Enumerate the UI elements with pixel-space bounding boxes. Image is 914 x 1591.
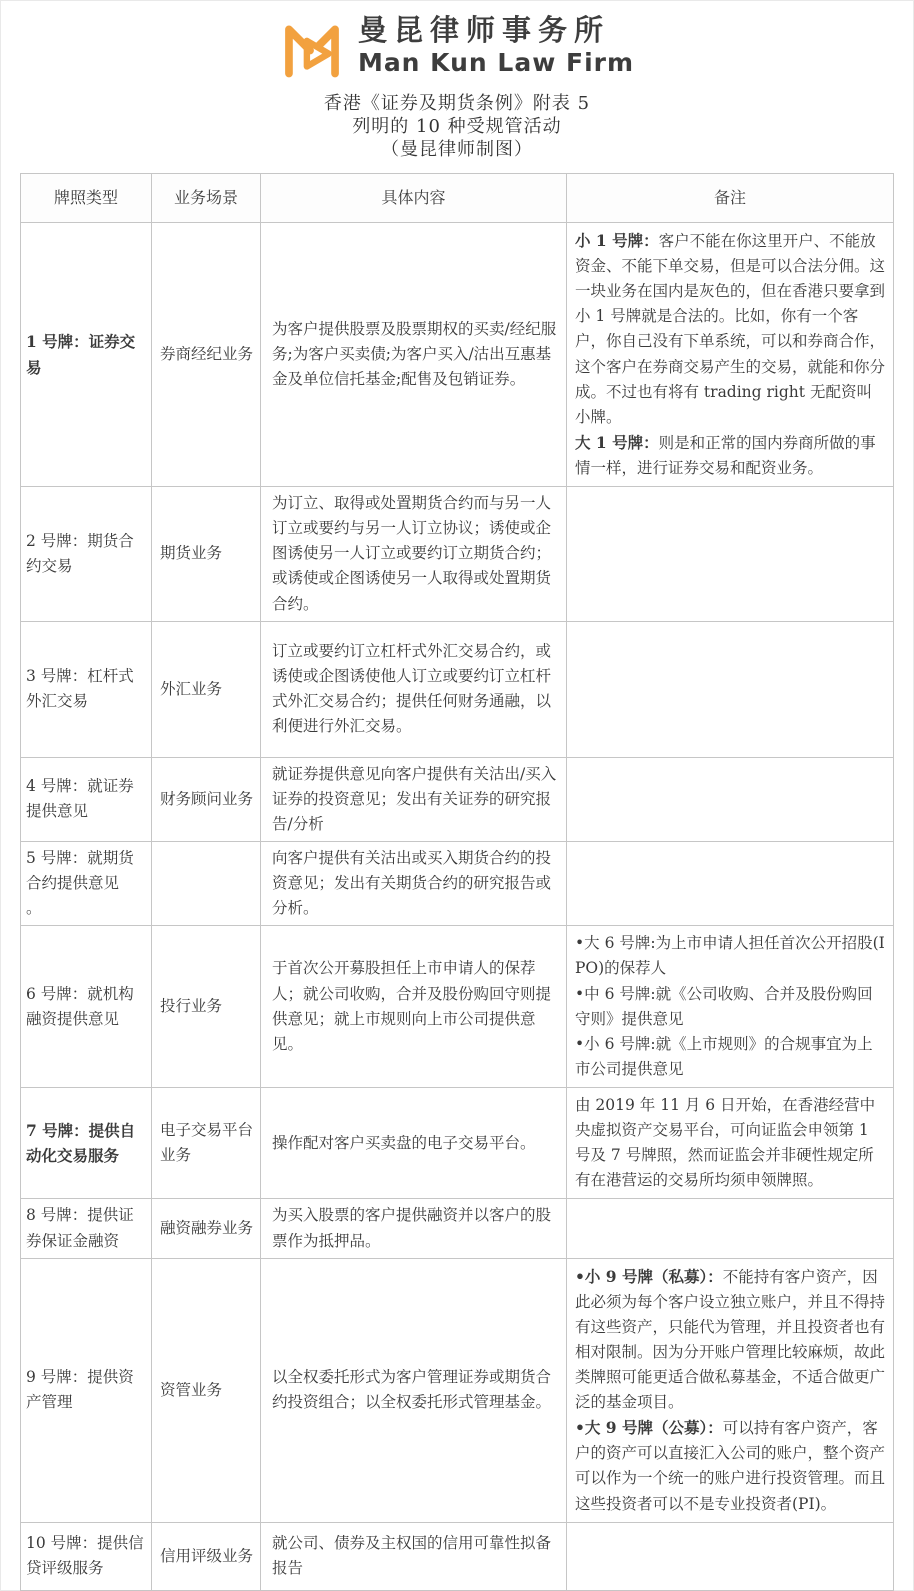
remark-cell <box>567 487 894 622</box>
scene-cell <box>152 841 261 925</box>
remark-cell <box>567 757 894 841</box>
license-cell: 1 号牌：证券交易 <box>21 223 152 487</box>
remark-cell <box>567 621 894 757</box>
content-cell: 为买入股票的客户提供融资并以客户的股票作为抵押品。 <box>261 1199 567 1258</box>
table-row-1: 1 号牌：证券交易券商经纪业务为客户提供股票及股票期权的买卖/经纪服务;为客户买… <box>21 223 894 487</box>
content-cell: 就证券提供意见向客户提供有关沽出/买入证券的投资意见；发出有关证券的研究报告/分… <box>261 757 567 841</box>
scene-cell: 电子交易平台业务 <box>152 1087 261 1198</box>
scene-cell: 财务顾问业务 <box>152 757 261 841</box>
table-row-4: 4 号牌：就证券提供意见财务顾问业务就证券提供意见向客户提供有关沽出/买入证券的… <box>21 757 894 841</box>
license-cell: 2 号牌：期货合约交易 <box>21 487 152 622</box>
column-header-4: 备注 <box>567 174 894 223</box>
remark-lead: 小 1 号牌： <box>575 231 659 250</box>
table-row-9: 9 号牌：提供资产管理资管业务以全权委托形式为客户管理证券或期货合约投资组合；以… <box>21 1258 894 1522</box>
remark-segment: •大 9 号牌（公募）：可以持有客户资产，客户的资产可以直接汇入公司的账户，整个… <box>575 1415 886 1516</box>
table-row-8: 8 号牌：提供证券保证金融资融资融券业务为买入股票的客户提供融资并以客户的股票作… <box>21 1199 894 1258</box>
license-cell: 7 号牌：提供自动化交易服务 <box>21 1087 152 1198</box>
license-cell: 5 号牌：就期货合约提供意见 。 <box>21 841 152 925</box>
license-table: 牌照类型业务场景具体内容备注 1 号牌：证券交易券商经纪业务为客户提供股票及股票… <box>20 173 894 1591</box>
doc-title-line2: 列明的 10 种受规管活动 <box>0 115 914 138</box>
remark-cell: •小 9 号牌（私募）：不能持有客户资产，因此必须为每个客户设立独立账户，并且不… <box>567 1258 894 1522</box>
brand-text: 曼昆律师事务所 Man Kun Law Firm <box>358 14 634 77</box>
scene-cell: 融资融券业务 <box>152 1199 261 1258</box>
content-cell: 为订立、取得或处置期货合约而与另一人订立或要约与另一人订立协议；诱使或企图诱使另… <box>261 487 567 622</box>
table-row-7: 7 号牌：提供自动化交易服务电子交易平台业务操作配对客户买卖盘的电子交易平台。由… <box>21 1087 894 1198</box>
mankun-logo-icon <box>280 14 344 78</box>
remark-lead: •小 9 号牌（私募）： <box>575 1267 723 1286</box>
license-cell: 6 号牌：就机构融资提供意见 <box>21 926 152 1088</box>
remark-segment: 小 1 号牌：客户不能在你这里开户、不能放资金、不能下单交易，但是可以合法分佣。… <box>575 228 886 430</box>
scene-cell: 外汇业务 <box>152 621 261 757</box>
content-cell: 以全权委托形式为客户管理证券或期货合约投资组合；以全权委托形式管理基金。 <box>261 1258 567 1522</box>
remark-segment: 大 1 号牌：则是和正常的国内券商所做的事情一样，进行证券交易和配资业务。 <box>575 430 886 481</box>
column-header-1: 牌照类型 <box>21 174 152 223</box>
remark-segment: •小 9 号牌（私募）：不能持有客户资产，因此必须为每个客户设立独立账户，并且不… <box>575 1264 886 1416</box>
table-row-2: 2 号牌：期货合约交易期货业务为订立、取得或处置期货合约而与另一人订立或要约与另… <box>21 487 894 622</box>
remark-cell <box>567 841 894 925</box>
scene-cell: 投行业务 <box>152 926 261 1088</box>
remark-cell <box>567 1522 894 1590</box>
doc-title-line3: （曼昆律师制图） <box>0 138 914 161</box>
remark-lead: 大 1 号牌： <box>575 433 659 452</box>
license-cell: 10 号牌：提供信贷评级服务 <box>21 1522 152 1590</box>
content-cell: 为客户提供股票及股票期权的买卖/经纪服务;为客户买卖债;为客户买入/沽出互惠基金… <box>261 223 567 487</box>
license-cell: 9 号牌：提供资产管理 <box>21 1258 152 1522</box>
content-cell: 向客户提供有关沽出或买入期货合约的投资意见；发出有关期货合约的研究报告或分析。 <box>261 841 567 925</box>
document-title: 香港《证券及期货条例》附表 5 列明的 10 种受规管活动 （曼昆律师制图） <box>0 92 914 161</box>
scene-cell: 信用评级业务 <box>152 1522 261 1590</box>
table-header-row: 牌照类型业务场景具体内容备注 <box>21 174 894 223</box>
table-row-6: 6 号牌：就机构融资提供意见投行业务于首次公开募股担任上市申请人的保荐人；就公司… <box>21 926 894 1088</box>
table-row-3: 3 号牌：杠杆式外汇交易外汇业务订立或要约订立杠杆式外汇交易合约，或诱使或企图诱… <box>21 621 894 757</box>
content-cell: 操作配对客户买卖盘的电子交易平台。 <box>261 1087 567 1198</box>
column-header-3: 具体内容 <box>261 174 567 223</box>
scene-cell: 券商经纪业务 <box>152 223 261 487</box>
remark-segment: 由 2019 年 11 月 6 日开始，在香港经营中央虚拟资产交易平台，可向证监… <box>575 1093 886 1193</box>
table-row-10: 10 号牌：提供信贷评级服务信用评级业务就公司、债券及主权国的信用可靠性拟备报告 <box>21 1522 894 1590</box>
remark-cell: 小 1 号牌：客户不能在你这里开户、不能放资金、不能下单交易，但是可以合法分佣。… <box>567 223 894 487</box>
remark-cell <box>567 1199 894 1258</box>
doc-title-line1: 香港《证券及期货条例》附表 5 <box>0 92 914 115</box>
scene-cell: 期货业务 <box>152 487 261 622</box>
content-cell: 就公司、债券及主权国的信用可靠性拟备报告 <box>261 1522 567 1590</box>
license-cell: 3 号牌：杠杆式外汇交易 <box>21 621 152 757</box>
license-cell: 4 号牌：就证券提供意见 <box>21 757 152 841</box>
firm-name-en: Man Kun Law Firm <box>358 48 634 78</box>
remark-cell: 由 2019 年 11 月 6 日开始，在香港经营中央虚拟资产交易平台，可向证监… <box>567 1087 894 1198</box>
firm-name-cn: 曼昆律师事务所 <box>358 14 634 47</box>
remark-segment: •大 6 号牌:为上市申请人担任首次公开招股(IPO)的保荐人 •中 6 号牌:… <box>575 931 886 1082</box>
column-header-2: 业务场景 <box>152 174 261 223</box>
remark-cell: •大 6 号牌:为上市申请人担任首次公开招股(IPO)的保荐人 •中 6 号牌:… <box>567 926 894 1088</box>
content-cell: 订立或要约订立杠杆式外汇交易合约，或诱使或企图诱使他人订立或要约订立杠杆 式外汇… <box>261 621 567 757</box>
content-cell: 于首次公开募股担任上市申请人的保荐人；就公司收购，合并及股份购回守则提供意见；就… <box>261 926 567 1088</box>
brand-header: 曼昆律师事务所 Man Kun Law Firm <box>0 14 914 78</box>
page: 曼昆律师事务所 Man Kun Law Firm 香港《证券及期货条例》附表 5… <box>0 0 914 1591</box>
remark-lead: •大 9 号牌（公募）： <box>575 1418 723 1437</box>
table-row-5: 5 号牌：就期货合约提供意见 。向客户提供有关沽出或买入期货合约的投资意见；发出… <box>21 841 894 925</box>
license-cell: 8 号牌：提供证券保证金融资 <box>21 1199 152 1258</box>
scene-cell: 资管业务 <box>152 1258 261 1522</box>
